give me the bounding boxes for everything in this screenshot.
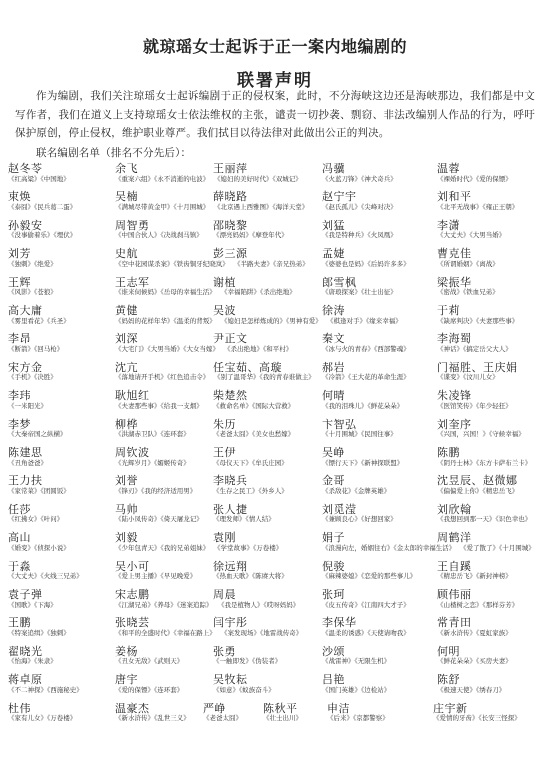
signer-works: 《生存之民工》《外乡人》 [213, 486, 288, 495]
signer-works: 《爱情的牙齿》《长安三怪探》 [433, 713, 521, 722]
signer-works: 《不二神探》《西施秘史》 [8, 685, 83, 694]
signer-works: 《江湖兄弟》《养母》《迷案追踪》 [115, 600, 213, 609]
signer-works: 《大丈夫》《大男当婚》 [437, 230, 505, 239]
signer-works: 《谁来伺候妈》《岳母的幸福生活》 [115, 287, 216, 296]
signer-works: 《洪湖赤卫队》《连环套》 [115, 429, 190, 438]
signer-works: 《半路夫妻》《亲兄热弟》 [234, 259, 309, 268]
signer-works: 《阴丹士林》《东方卡萨布兰卡》 [437, 458, 531, 467]
signer-works: 《独刺》《绝爱》 [8, 259, 57, 268]
signer-works: 《山楂树之恋》《那样芬芳》 [437, 600, 518, 609]
signer-works: 《漂亮妈妈》《摩登年代》 [213, 230, 288, 239]
signer-works: 《一米阳光》 [8, 401, 47, 410]
signer-works: 《学堂故事》《万卷楼》 [214, 543, 282, 552]
signer-works: 《战雷神》《无限生机》 [322, 656, 390, 665]
signer-works: 《怡海》《朱隶》 [8, 656, 57, 665]
signer-works: 《后来》《京都警察》 [327, 713, 389, 722]
signer-works: 《案发现场》《地雷战传奇》 [221, 628, 302, 637]
signer-works: 《杀敌花》《金牌英雄》 [322, 486, 390, 495]
signer-works: 《风影》《苍狼》 [8, 287, 57, 296]
signer-works: 《手机》《决胜》 [8, 372, 57, 381]
signer-works: 《老爸太囧》 [203, 713, 242, 722]
signer-works: 《我是特种兵》《火凤凰》 [322, 230, 397, 239]
signer-works: 《落地请开手机》《红色追击令》 [115, 372, 209, 381]
signer-works: 《神话》《搞定岳父大人》 [437, 344, 512, 353]
signer-works: 《谍变》《汶川儿女》 [437, 372, 499, 381]
signer-works: 《丑女无敌》《武则天》 [115, 656, 183, 665]
signer-works: 《媳妇的美好时代》《双城记》 [214, 174, 302, 183]
signer-works: 《空中花园谋杀案》《铁齿铜牙纪晓岚》 [115, 259, 229, 268]
signer-works: 《冰与火的青春》《西部警魂》 [322, 344, 410, 353]
signer-works: 《救命名单》《国际大营救》 [213, 401, 294, 410]
document-page: 就琼瑶女士起诉于正一案内地编剧的 联署声明 作为编剧，我们关注琼瑶女士起诉编剧于… [0, 0, 550, 777]
signer-works: 《我是植物人》《哎呀妈妈》 [218, 600, 299, 609]
signer-works: 《和平的全盛时代》《幸福在路上》 [115, 628, 216, 637]
signer-works: 《红拂女》《叶问》 [8, 514, 63, 523]
signer-works: 《满城尽带黄金甲》《十月围城》 [115, 202, 209, 211]
signer-works: 《泰囧》《民兵葛二蛋》 [8, 202, 76, 211]
signer-works: 《国门英雄》《边检站》 [322, 685, 390, 694]
signer-works: 《少年包青天》《我的兄弟姐妹》 [115, 543, 209, 552]
signer-works: 《杀出绝地》《和平村》 [224, 344, 292, 353]
signer-works: 《皮五传奇》《江南四大才子》 [322, 600, 410, 609]
statement-paragraph: 作为编剧，我们关注琼瑶女士起诉编剧于正的侵权案，此时，不分海峡这边还是海峡那边，… [15, 88, 535, 144]
signer-works: 《棋逢对手》《缘来幸福》 [327, 316, 402, 325]
signer-works: 《如意》《蚁族奋斗》 [213, 685, 275, 694]
signer-works: 《婚变》《侦探小说》 [8, 543, 70, 552]
signer-works: 《大宅门》《大男当婚》《大女当嫁》 [115, 344, 219, 353]
signer-works: 《国歌》《下海》 [8, 600, 57, 609]
signer-works: 《冷箭》《王大花的革命生涯》 [322, 372, 410, 381]
signer-works: 《热血天歌》《陈赓大将》 [213, 571, 288, 580]
signer-works: 《红高粱》《中国地》 [8, 174, 70, 183]
signer-works: 《大秦帝国之纵横》 [8, 429, 67, 438]
signer-works: 《裸婚时代》《爱的保镖》 [437, 174, 512, 183]
signer-works: 《兴国，兴国！》《守候幸福》 [437, 429, 525, 438]
signer-works: 《一触即发》《伪装者》 [213, 656, 281, 665]
signer-works: 《雾里看花》《兵圣》 [8, 316, 70, 325]
list-header: 联名编剧名单（排名不分先后）： [36, 145, 191, 160]
signer-works: 《夫妻那些事》《给我一支烟》 [115, 401, 203, 410]
signer-works: 《母仪天下》《牟氏庄园》 [213, 458, 288, 467]
signer-works: 《大丈夫》《火线三兄弟》 [8, 571, 83, 580]
signer-works: 《偏偏爱上你》《精忠岳飞》 [437, 486, 518, 495]
signer-works: 《婆婆也是妈》《后妈许多多》 [322, 259, 410, 268]
signer-works: 《爱的保镖》《连环套》 [115, 685, 183, 694]
signer-works: 《壮士出川》 [263, 713, 302, 722]
signer-works: 《所谓婚姻》《离战》 [437, 259, 499, 268]
signer-works: 《陆小凤传奇》《倚天屠龙记》 [115, 514, 203, 523]
signer-works: 《丑角爸爸》 [8, 458, 47, 467]
signer-works: 《断箭》《回马枪》 [8, 344, 63, 353]
signer-works: 《特案追缉》《独刺》 [8, 628, 70, 637]
signer-works: 《北京遇上西雅图》《海洋天堂》 [214, 202, 308, 211]
signer-works: 《妈妈的花样年华》《温柔的背叛》 [115, 316, 216, 325]
signer-works: 《赵氏孤儿》《尖峰对决》 [322, 202, 397, 211]
signer-works: 《老爸太囧》《美女也愁嫁》 [213, 429, 294, 438]
signer-works: 《十月围城》《民国往事》 [322, 429, 397, 438]
signer-works: 《家常菜》《团圆饭》 [8, 486, 70, 495]
signer-works: 《重案六组》《永不消逝的电波》 [115, 174, 209, 183]
signer-works: 《浪漫向左，婚姻往右》《金太郎的幸福生活》 [322, 543, 455, 552]
statement-title: 就琼瑶女士起诉于正一案内地编剧的 [0, 34, 550, 57]
signer-works: 《理发师》《情人结》 [213, 514, 275, 523]
signer-works: 《兼顾良心》《好想回家》 [322, 514, 397, 523]
signer-works: 《光辉岁月》《媚姬传奇》 [115, 458, 190, 467]
signer-works: 《镖行天下》《新神探联盟》 [322, 458, 403, 467]
signer-works: 《麻辣婆媳》《恋爱的那些事儿》 [322, 571, 416, 580]
signer-works: 《别了温哥华》《我的青春谁做主》 [214, 372, 315, 381]
signer-works: 《我想回到那一天》《识色幸也》 [437, 514, 531, 523]
signer-works: 《北平无战事》《雍正王朝》 [437, 202, 518, 211]
signer-works: 《医馆笑传》《年少轻狂》 [437, 401, 512, 410]
signer-works: 《爱了散了》《十月围城》 [460, 543, 535, 552]
signer-works: 《锋刃》《我的经济适用男》 [115, 486, 196, 495]
signer-works: 《没事偷着乐》《埋伏》 [8, 230, 76, 239]
signer-works: 《家有儿女》《万卷楼》 [8, 713, 76, 722]
signer-works: 《缺席判决》《夫妻那些事》 [437, 316, 518, 325]
signer-works: 《新水浒传》《乱世三义》 [115, 713, 190, 722]
signer-works: 《鲜花朵朵》《买房夫妻》 [437, 656, 512, 665]
signer-works: 《爱上男主播》《早见晚爱》 [115, 571, 196, 580]
signer-works: 《媳妇是怎样炼成的》《男神有爱》 [221, 316, 322, 325]
signer-works: 《火蓝刀锋》《神犬奇兵》 [322, 174, 397, 183]
signer-works: 《温柔的诱惑》《天使请吻我》 [322, 628, 410, 637]
signer-works: 《中国合伙人》《决战刹马镇》 [115, 230, 203, 239]
signer-works: 《新水浒传》《夏虹家族》 [437, 628, 512, 637]
signer-works: 《极速天使》《绣春刀》 [437, 685, 505, 694]
signer-works: 《精忠岳飞》《新封神榜》 [437, 571, 512, 580]
signer-works: 《我的泪珠儿》《鲜花朵朵》 [322, 401, 403, 410]
signer-works: 《幸福陷阱》《杀出绝地》 [221, 287, 296, 296]
signer-works: 《唐琅探案》《壮士出征》 [322, 287, 397, 296]
signer-works: 《密战》《铁血兄弟》 [437, 287, 499, 296]
